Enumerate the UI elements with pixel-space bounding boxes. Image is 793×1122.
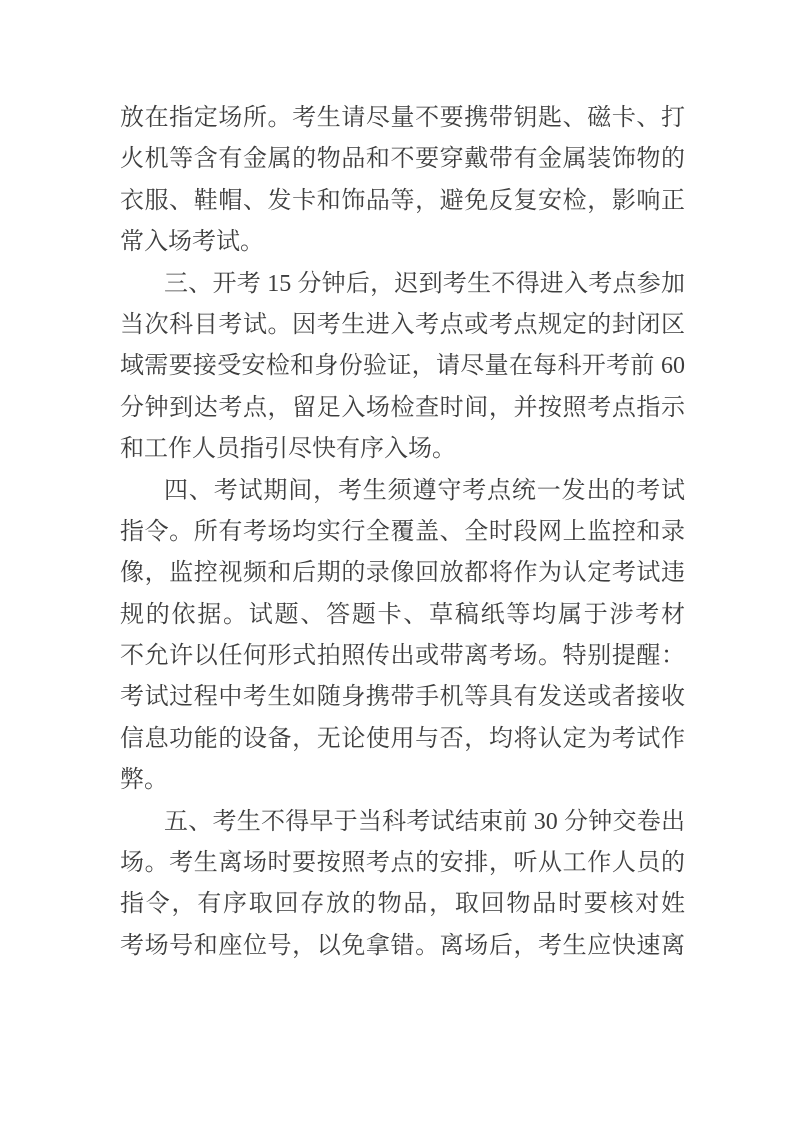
text-line: 五、考生不得早于当科考试结束前 30 分钟交卷出 xyxy=(120,802,685,843)
text-line: 考场号和座位号，以免拿错。离场后，考生应快速离 xyxy=(120,926,685,967)
paragraph: 五、考生不得早于当科考试结束前 30 分钟交卷出场。考生离场时要按照考点的安排，… xyxy=(120,802,685,968)
text-line: 三、开考 15 分钟后，迟到考生不得进入考点参加 xyxy=(120,264,685,305)
paragraph: 三、开考 15 分钟后，迟到考生不得进入考点参加当次科目考试。因考生进入考点或考… xyxy=(120,264,685,471)
document-page: 放在指定场所。考生请尽量不要携带钥匙、磁卡、打火机等含有金属的物品和不要穿戴带有… xyxy=(0,0,793,1122)
text-line: 和工作人员指引尽快有序入场。 xyxy=(120,429,685,470)
text-line: 四、考试期间，考生须遵守考点统一发出的考试 xyxy=(120,471,685,512)
text-line: 火机等含有金属的物品和不要穿戴带有金属装饰物的 xyxy=(120,139,685,180)
text-line: 指令，有序取回存放的物品，取回物品时要核对姓名、 xyxy=(120,884,685,925)
text-line: 当次科目考试。因考生进入考点或考点规定的封闭区 xyxy=(120,305,685,346)
paragraph: 放在指定场所。考生请尽量不要携带钥匙、磁卡、打火机等含有金属的物品和不要穿戴带有… xyxy=(120,98,685,264)
text-line: 指令。所有考场均实行全覆盖、全时段网上监控和录 xyxy=(120,512,685,553)
text-line: 像，监控视频和后期的录像回放都将作为认定考试违 xyxy=(120,553,685,594)
text-line: 考试过程中考生如随身携带手机等具有发送或者接收 xyxy=(120,677,685,718)
text-line: 规的依据。试题、答题卡、草稿纸等均属于涉考材料， xyxy=(120,595,685,636)
text-line: 域需要接受安检和身份验证，请尽量在每科开考前 60 xyxy=(120,346,685,387)
text-line: 衣服、鞋帽、发卡和饰品等，避免反复安检，影响正 xyxy=(120,181,685,222)
text-line: 分钟到达考点，留足入场检查时间，并按照考点指示 xyxy=(120,388,685,429)
text-line: 常入场考试。 xyxy=(120,222,685,263)
text-line: 弊。 xyxy=(120,760,685,801)
text-line: 信息功能的设备，无论使用与否，均将认定为考试作 xyxy=(120,719,685,760)
paragraph: 四、考试期间，考生须遵守考点统一发出的考试指令。所有考场均实行全覆盖、全时段网上… xyxy=(120,471,685,802)
text-line: 放在指定场所。考生请尽量不要携带钥匙、磁卡、打 xyxy=(120,98,685,139)
text-block: 放在指定场所。考生请尽量不要携带钥匙、磁卡、打火机等含有金属的物品和不要穿戴带有… xyxy=(120,98,685,967)
text-line: 场。考生离场时要按照考点的安排，听从工作人员的 xyxy=(120,843,685,884)
text-line: 不允许以任何形式拍照传出或带离考场。特别提醒： xyxy=(120,636,685,677)
